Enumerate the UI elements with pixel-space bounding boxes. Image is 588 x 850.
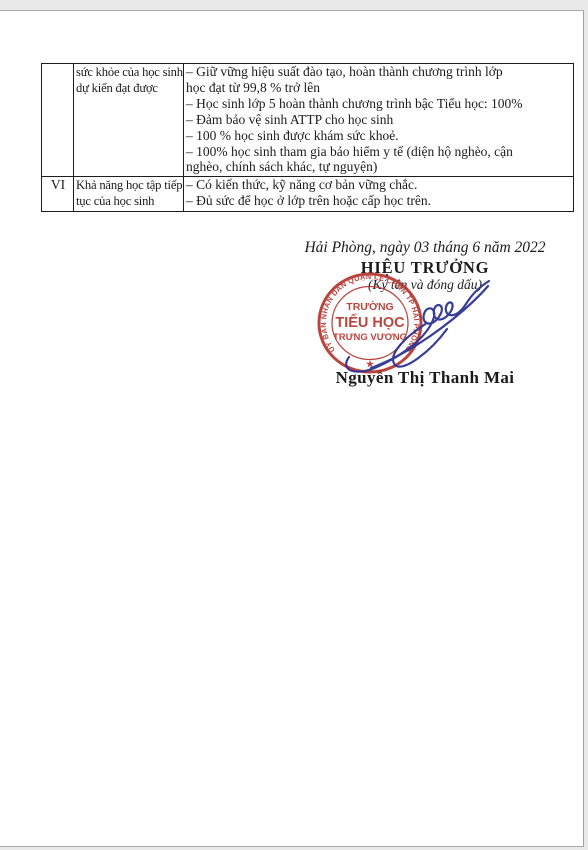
detail-line: học đạt từ 99,8 % trở lên [186,80,572,96]
report-table: sức khỏe của học sinh dự kiến đạt được –… [41,63,574,212]
category-line: Khả năng học tập tiếp [76,177,182,193]
row-number-cell: VI [42,177,74,212]
detail-line: – 100 % học sinh được khám sức khoẻ. [186,128,572,144]
detail-line: – Đủ sức để học ở lớp trên hoặc cấp học … [186,193,572,209]
detail-line: – 100% học sinh tham gia bảo hiểm y tế (… [186,144,572,160]
detail-line: – Giữ vững hiệu suất đào tạo, hoàn thành… [186,64,572,80]
category-line: dự kiến đạt được [76,80,182,96]
place-date-line: Hải Phòng, ngày 03 tháng 6 năm 2022 [268,238,582,258]
document-paper: sức khỏe của học sinh dự kiến đạt được –… [0,10,584,847]
detail-cell: – Có kiến thức, kỹ năng cơ bản vững chắc… [184,177,574,212]
category-cell: sức khỏe của học sinh dự kiến đạt được [74,64,184,177]
detail-cell: – Giữ vững hiệu suất đào tạo, hoàn thành… [184,64,574,177]
detail-line: – Học sinh lớp 5 hoàn thành chương trình… [186,96,572,112]
detail-line: – Có kiến thức, kỹ năng cơ bản vững chắc… [186,177,572,193]
table-row: VI Khả năng học tập tiếp tục của học sin… [42,177,574,212]
handwritten-signature [335,273,550,383]
detail-line: nghèo, chính sách khác, tự nguyện) [186,159,572,175]
detail-line: – Đảm bảo vệ sinh ATTP cho học sinh [186,112,572,128]
category-line: sức khỏe của học sinh [76,64,182,80]
category-cell: Khả năng học tập tiếp tục của học sinh [74,177,184,212]
category-line: tục của học sinh [76,193,182,209]
table-row: sức khỏe của học sinh dự kiến đạt được –… [42,64,574,177]
row-number-cell [42,64,74,177]
